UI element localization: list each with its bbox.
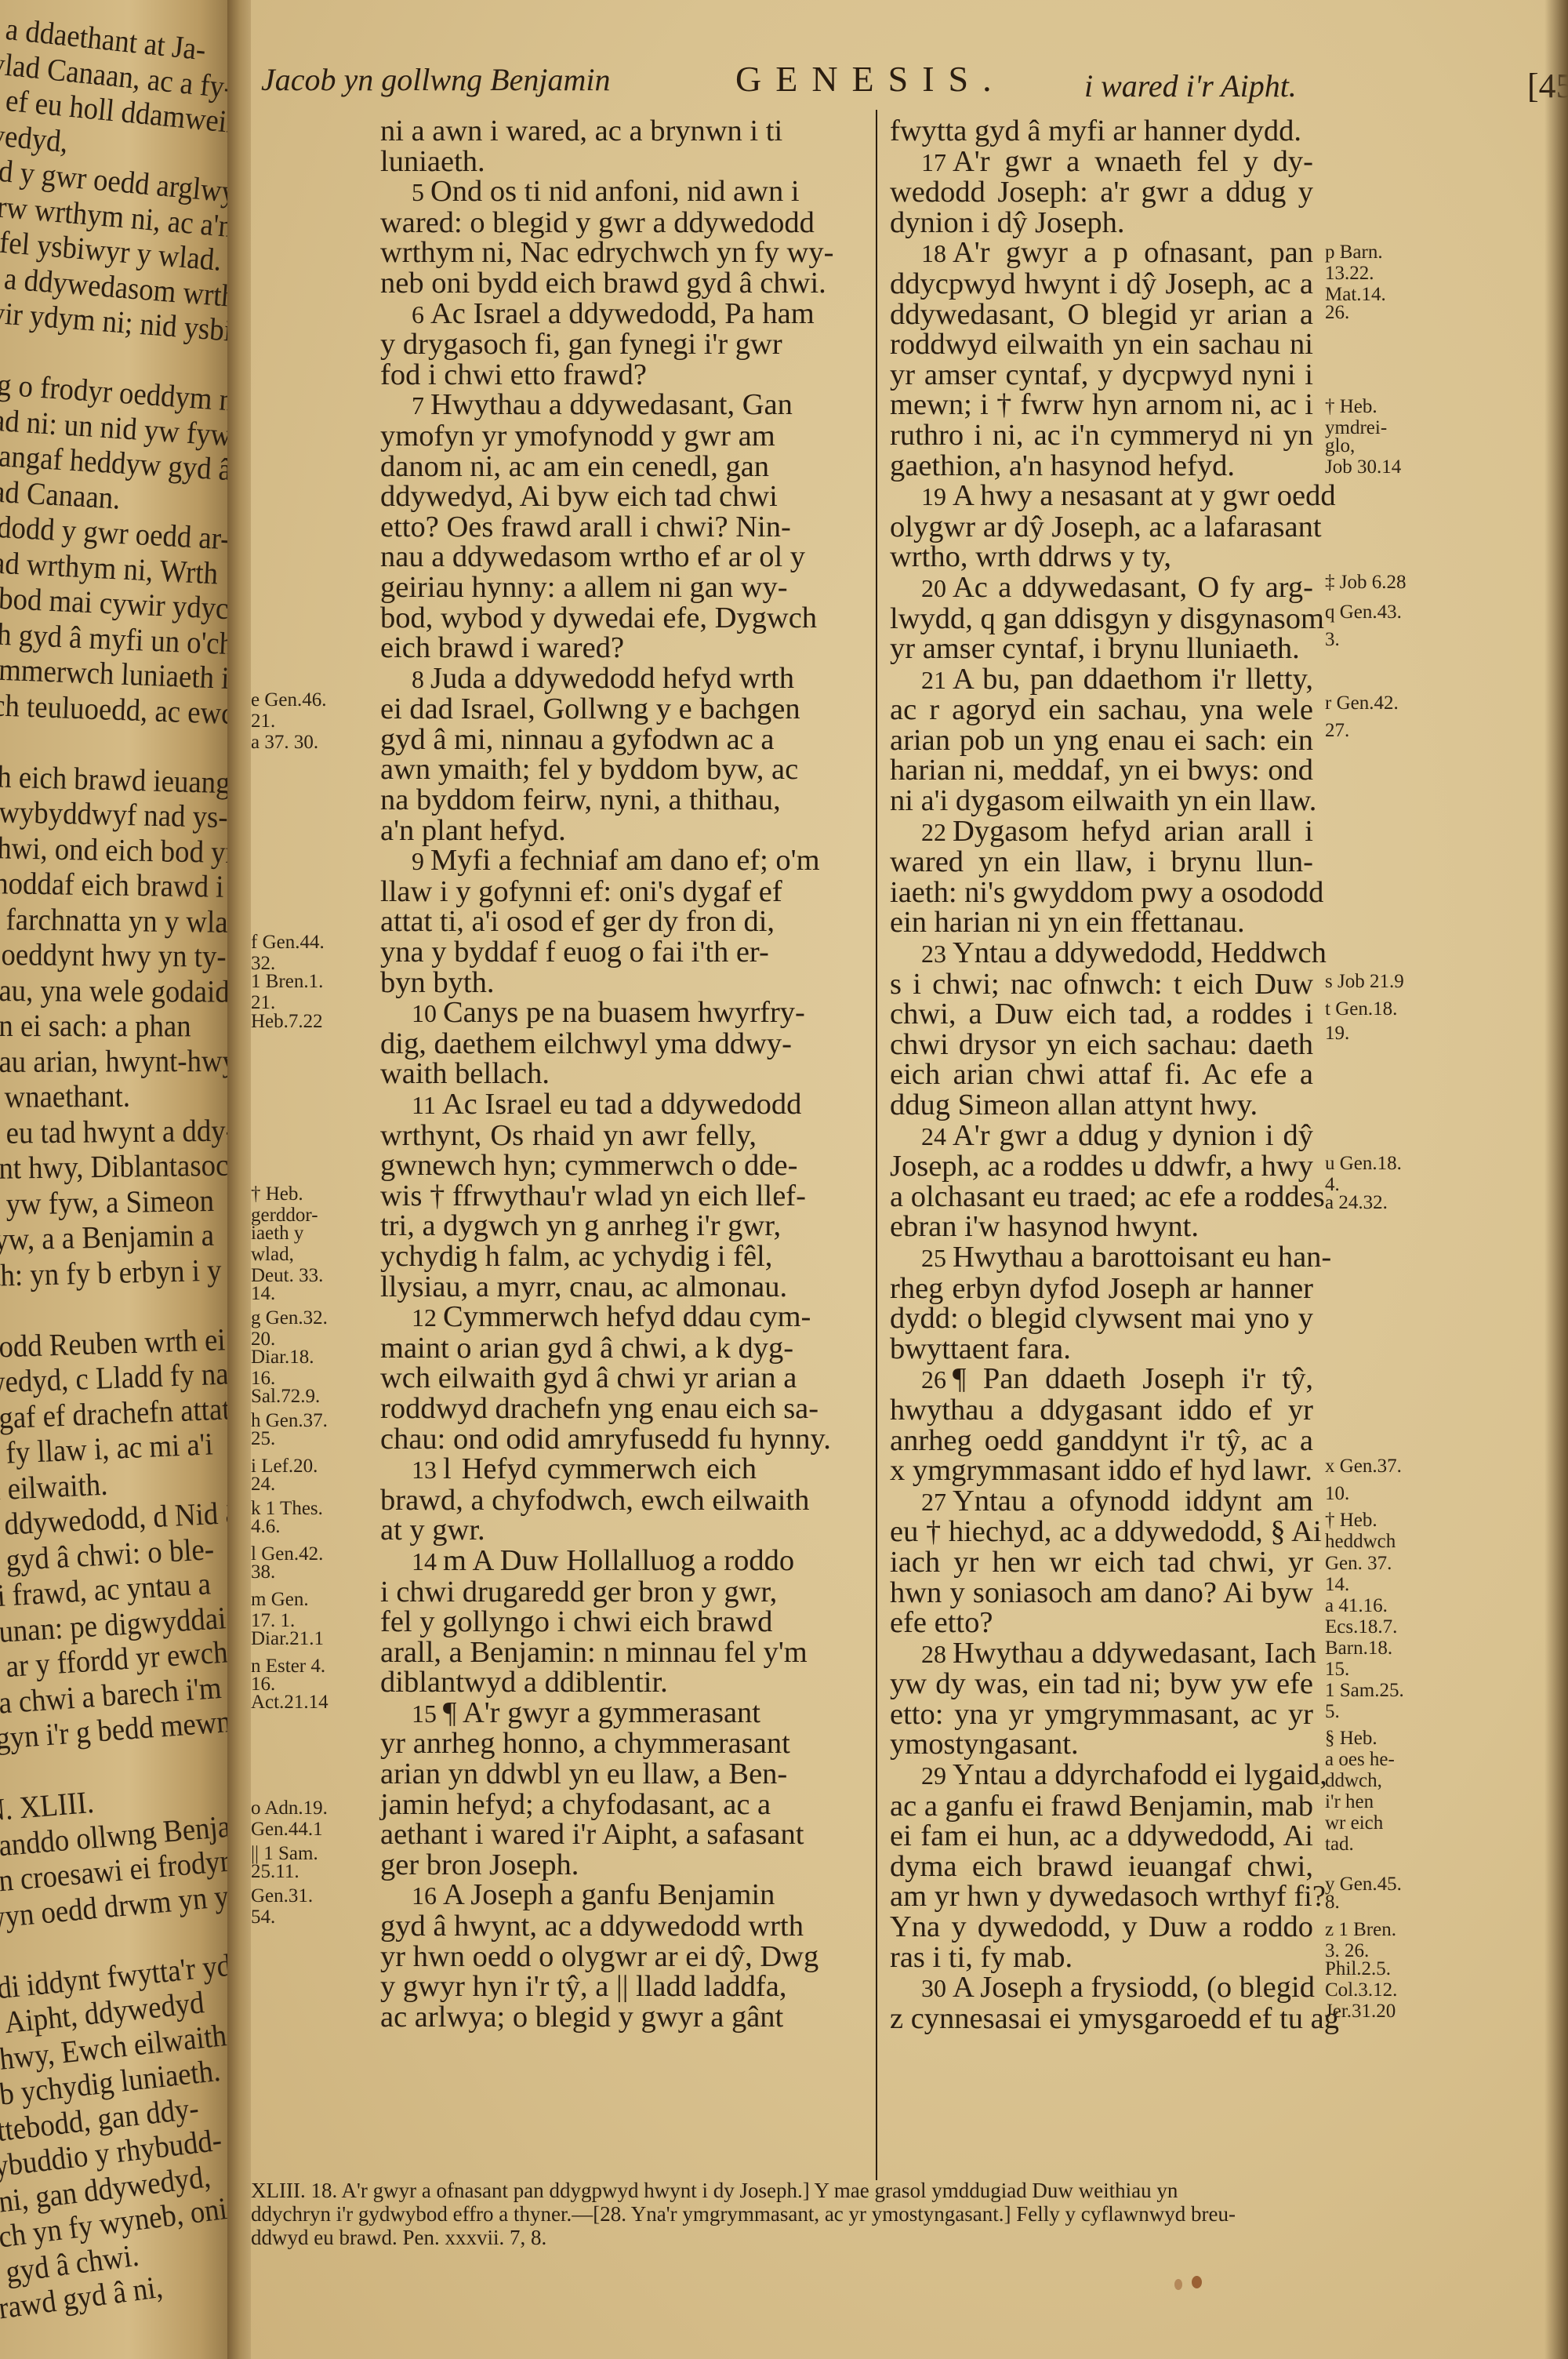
text-line: 8Juda a ddywedodd hefyd wrth bbox=[380, 663, 757, 695]
verse-number: 19 bbox=[921, 482, 953, 511]
cross-reference: o Adn.19. bbox=[251, 1799, 328, 1818]
text-line: luniaeth. bbox=[380, 147, 757, 177]
text-line: wedodd Joseph: a'r gwr a ddug y bbox=[890, 177, 1313, 208]
text-line: iaeth: ni's gwyddom pwy a osododd bbox=[890, 878, 1313, 908]
text-line: maint o arian gyd â chwi, a k dyg- bbox=[380, 1333, 757, 1364]
text-line: yr amser cyntaf, i brynu lluniaeth. bbox=[890, 634, 1313, 664]
cross-reference: 21. bbox=[251, 994, 275, 1012]
text-line: 28Hwythau a ddywedasant, Iach bbox=[890, 1638, 1313, 1670]
text-line: 27Yntau a ofynodd iddynt am bbox=[890, 1486, 1313, 1518]
text-line: anrheg oedd ganddynt i'r tŷ, ac a bbox=[890, 1426, 1313, 1456]
text-line: 29Yntau a ddyrchafodd ei lygaid, bbox=[890, 1760, 1313, 1791]
verse-number: 21 bbox=[921, 666, 953, 694]
cross-reference: u Gen.18. bbox=[1325, 1154, 1402, 1173]
text-line: at y gwr. bbox=[380, 1515, 757, 1546]
verse-number: 13 bbox=[412, 1456, 443, 1484]
text-line: geiriau hynny: a allem ni gan wy- bbox=[380, 572, 757, 603]
text-line: ymofyn yr ymofynodd y gwr am bbox=[380, 421, 757, 452]
column-divider bbox=[876, 110, 877, 2180]
cross-reference: Diar.18. bbox=[251, 1348, 314, 1367]
cross-reference: 27. bbox=[1325, 722, 1349, 740]
text-line: ei fam ei hun, ac a ddywedodd, Ai bbox=[890, 1821, 1313, 1852]
cross-reference: 21. bbox=[251, 712, 275, 731]
cross-reference: a oes he- bbox=[1325, 1750, 1395, 1769]
cross-reference: glo, bbox=[1325, 437, 1355, 456]
verse-number: 22 bbox=[921, 818, 953, 846]
cross-reference: 14. bbox=[1325, 1576, 1349, 1594]
text-column-left: ni a awn i wared, ac a brynwn i tiluniae… bbox=[380, 116, 757, 2032]
text-line: rheg erbyn dyfod Joseph ar hanner bbox=[890, 1274, 1313, 1304]
text-line: gyd â hwynt, ac a ddywedodd wrth bbox=[380, 1911, 757, 1942]
cross-reference: q Gen.43. bbox=[1325, 603, 1402, 622]
cross-reference: Ecs.18.7. bbox=[1325, 1618, 1397, 1637]
cross-reference: 1 Sam.25. bbox=[1325, 1681, 1404, 1700]
text-line: diblantwyd a ddiblentir. bbox=[380, 1667, 757, 1698]
cross-reference: 3. bbox=[1325, 631, 1340, 649]
cross-reference: 54. bbox=[251, 1908, 275, 1927]
text-line: s i chwi; nac ofnwch: t eich Duw bbox=[890, 969, 1313, 1000]
cross-reference: Phil.2.5. bbox=[1325, 1960, 1391, 1979]
cross-reference: p Barn. bbox=[1325, 243, 1383, 262]
text-line: ruthro i ni, ac i'n cymmeryd ni yn bbox=[890, 420, 1313, 451]
facing-page-line: a wnaethant. bbox=[0, 1078, 130, 1115]
text-line: fel y gollyngo i chwi eich brawd bbox=[380, 1607, 757, 1637]
text-line: jamin hefyd; a chyfodasant, ac a bbox=[380, 1790, 757, 1820]
text-line: 30A Joseph a frysiodd, (o blegid bbox=[890, 1972, 1313, 2004]
text-line: danom ni, ac am ein cenedl, gan bbox=[380, 452, 757, 482]
cross-reference: 10. bbox=[1325, 1485, 1349, 1503]
text-line: harian ni, meddaf, yn ei bwys: ond bbox=[890, 755, 1313, 786]
text-line: 20Ac a ddywedasant, O fy arg- bbox=[890, 572, 1313, 604]
verse-number: 18 bbox=[921, 239, 953, 267]
text-line: i chwi drugaredd ger bron y gwr, bbox=[380, 1577, 757, 1608]
cross-reference: 5. bbox=[1325, 1703, 1340, 1721]
cross-reference: t Gen.18. bbox=[1325, 1000, 1397, 1019]
text-line: 23Yntau a ddywedodd, Heddwch bbox=[890, 938, 1313, 969]
text-line: ac a ganfu ei frawd Benjamin, mab bbox=[890, 1791, 1313, 1822]
cross-reference: Job 30.14 bbox=[1325, 458, 1401, 477]
cross-reference: Gen.31. bbox=[251, 1887, 313, 1906]
text-line: 9Myfi a fechniaf am dano ef; o'm bbox=[380, 845, 757, 877]
text-line: tri, a dygwch yn g anrheg i'r gwr, bbox=[380, 1211, 757, 1241]
verse-number: 29 bbox=[921, 1761, 953, 1790]
text-line: 5Ond os ti nid anfoni, nid awn i bbox=[380, 176, 757, 208]
text-line: ddywedasant, O blegid yr arian a bbox=[890, 300, 1313, 330]
verse-number: 11 bbox=[412, 1091, 442, 1119]
text-line: chwi, a Duw eich tad, a roddes i bbox=[890, 999, 1313, 1030]
text-line: ras i ti, fy mab. bbox=[890, 1943, 1313, 1973]
cross-reference: m Gen. bbox=[251, 1590, 309, 1609]
verse-number: 14 bbox=[412, 1547, 443, 1576]
cross-reference: ‡ Job 6.28 bbox=[1325, 573, 1406, 592]
cross-reference: tad. bbox=[1325, 1835, 1354, 1854]
text-line: byn byth. bbox=[380, 968, 757, 998]
text-line: 12Cymmerwch hefyd ddau cym- bbox=[380, 1302, 757, 1333]
text-line: Joseph, ac a roddes u ddwfr, a hwy bbox=[890, 1151, 1313, 1182]
text-line: 7Hwythau a ddywedasant, Gan bbox=[380, 390, 757, 421]
text-line: 13l Hefyd cymmerwch eich bbox=[380, 1454, 757, 1485]
text-line: ei dad Israel, Gollwng y e bachgen bbox=[380, 694, 757, 725]
text-line: olygwr ar dŷ Joseph, ac a lafarasant bbox=[890, 512, 1313, 543]
cross-reference: z 1 Bren. bbox=[1325, 1921, 1396, 1939]
facing-page-line: chwi, ond eich bod yn bbox=[0, 829, 235, 871]
verse-number: 10 bbox=[412, 999, 443, 1027]
text-line: wared yn ein llaw, i brynu llun- bbox=[890, 847, 1313, 878]
text-line: 22Dygasom hefyd arian arall i bbox=[890, 816, 1313, 848]
cross-reference: 26. bbox=[1325, 304, 1349, 322]
text-line: efe etto? bbox=[890, 1608, 1313, 1638]
cross-reference: heddwch bbox=[1325, 1532, 1396, 1551]
cross-reference: 24. bbox=[251, 1475, 275, 1494]
text-line: yw dy was, ein tad ni; byw yw efe bbox=[890, 1669, 1313, 1699]
text-line: eu † hiechyd, ac a ddywedodd, § Ai bbox=[890, 1517, 1313, 1547]
cross-reference: f Gen.44. bbox=[251, 933, 325, 952]
text-line: y drygasoch fi, gan fynegi i'r gwr bbox=[380, 329, 757, 360]
facing-page-line: ith: yn fy b erbyn i y bbox=[0, 1251, 222, 1293]
verse-number: 7 bbox=[412, 391, 430, 420]
text-line: bod, wybod y dywedai efe, Dygwch bbox=[380, 603, 757, 634]
cross-reference: Gen. 37. bbox=[1325, 1554, 1392, 1573]
facing-page-line: ynt hwy, Diblantasoch bbox=[0, 1146, 235, 1187]
text-line: 17A'r gwr a wnaeth fel y dy- bbox=[890, 147, 1313, 178]
text-line: ebran i'w hasynod hwynt. bbox=[890, 1212, 1313, 1242]
text-line: 15¶ A'r gwyr a gymmerasant bbox=[380, 1698, 757, 1729]
book-title: GENESIS. bbox=[735, 58, 1006, 100]
verse-number: 5 bbox=[412, 178, 430, 206]
text-line: chwi drysor yn eich sachau: daeth bbox=[890, 1030, 1313, 1060]
text-line: arian yn ddwbl yn eu llaw, a Ben- bbox=[380, 1759, 757, 1790]
running-head: Jacob yn gollwng Benjamin GENESIS. i war… bbox=[261, 55, 1547, 102]
text-line: gwnewch hyn; cymmerwch o dde- bbox=[380, 1150, 757, 1181]
text-line: dyma eich brawd ieuangaf chwi, bbox=[890, 1852, 1313, 1882]
cross-reference: 8. bbox=[1325, 1893, 1340, 1912]
verse-number: 20 bbox=[921, 574, 953, 602]
cross-reference: iaeth y bbox=[251, 1224, 303, 1243]
cross-reference: gerddor- bbox=[251, 1206, 318, 1225]
cross-reference: 13.22. bbox=[1325, 264, 1374, 283]
cross-reference: Jer.31.20 bbox=[1325, 2002, 1396, 2021]
cross-reference: g Gen.32. bbox=[251, 1309, 328, 1328]
text-line: waith bellach. bbox=[380, 1059, 757, 1089]
text-line: 19A hwy a nesasant at y gwr oedd bbox=[890, 481, 1313, 512]
text-line: eich brawd i wared? bbox=[380, 633, 757, 663]
verse-number: 27 bbox=[921, 1488, 953, 1516]
text-line: eich arian chwi attaf fi. Ac efe a bbox=[890, 1060, 1313, 1090]
verse-number: 6 bbox=[412, 300, 430, 329]
text-line: ac arlwya; o blegid y gwyr a gânt bbox=[380, 2002, 757, 2033]
text-line: ni a awn i wared, ac a brynwn i ti bbox=[380, 116, 757, 147]
cross-reference: § Heb. bbox=[1325, 1729, 1377, 1748]
text-line: yr anrheg honno, a chymmerasant bbox=[380, 1728, 757, 1759]
text-line: 18A'r gwyr a p ofnasant, pan bbox=[890, 238, 1313, 269]
cross-reference: 25. bbox=[251, 1430, 275, 1448]
text-line: y gwyr hyn i'r tŷ, a || lladd laddfa, bbox=[380, 1972, 757, 2002]
text-line: dydd: o blegid clywsent mai yno y bbox=[890, 1303, 1313, 1334]
text-line: am yr hwn y dywedasoch wrthyf fi? bbox=[890, 1881, 1313, 1912]
cross-reference: Diar.21.1 bbox=[251, 1630, 324, 1648]
text-line: hwythau a ddygasant iddo ef yr bbox=[890, 1395, 1313, 1426]
cross-reference: 25.11. bbox=[251, 1863, 299, 1881]
verse-number: 16 bbox=[412, 1881, 443, 1910]
facing-page-line: dau arian, hwynt-hwy bbox=[0, 1041, 235, 1079]
cross-reference: r Gen.42. bbox=[1325, 694, 1399, 713]
text-line: ychydig h falm, ac ychydig i fêl, bbox=[380, 1241, 757, 1272]
ink-stain bbox=[1192, 2276, 1202, 2288]
text-line: ymostyngasant. bbox=[890, 1729, 1313, 1760]
verse-number: 24 bbox=[921, 1122, 953, 1150]
text-line: arian pob un yng enau ei sach: ein bbox=[890, 725, 1313, 756]
text-line: etto: yna yr ymgrymmasant, ac yr bbox=[890, 1699, 1313, 1730]
text-line: 10Canys pe na buasem hwyrfry- bbox=[380, 998, 757, 1029]
text-line: 26¶ Pan ddaeth Joseph i'r tŷ, bbox=[890, 1364, 1313, 1395]
cross-reference: ddwch, bbox=[1325, 1772, 1382, 1790]
text-line: 25Hwythau a barottoisant eu han- bbox=[890, 1242, 1313, 1274]
text-line: dig, daethem eilchwyl yma ddwy- bbox=[380, 1029, 757, 1060]
text-line: wrthynt, Os rhaid yn awr felly, bbox=[380, 1121, 757, 1151]
verse-number: 30 bbox=[921, 1974, 953, 2002]
text-line: ddywedyd, Ai byw eich tad chwi bbox=[380, 482, 757, 512]
text-line: a olchasant eu traed; ac efe a roddes bbox=[890, 1182, 1313, 1212]
text-line: lwydd, q gan ddisgyn y disgynasom bbox=[890, 604, 1313, 634]
text-line: dynion i dŷ Joseph. bbox=[890, 208, 1313, 238]
cross-reference: Barn.18. bbox=[1325, 1639, 1392, 1658]
cross-reference: a 24.32. bbox=[1325, 1194, 1388, 1212]
text-line: ac r agoryd ein sachau, yna wele bbox=[890, 695, 1313, 725]
text-line: 21A bu, pan ddaethom i'r lletty, bbox=[890, 664, 1313, 696]
text-line: awn ymaith; fel y byddom byw, ac bbox=[380, 754, 757, 785]
cross-reference: † Heb. bbox=[251, 1185, 303, 1204]
text-line: arall, a Benjamin: n minnau fel y'm bbox=[380, 1637, 757, 1668]
text-line: 6Ac Israel a ddywedodd, Pa ham bbox=[380, 299, 757, 330]
text-line: brawd, a chyfodwch, ewch eilwaith bbox=[380, 1485, 757, 1516]
text-line: wch eilwaith gyd â chwi yr arian a bbox=[380, 1363, 757, 1394]
verse-number: 15 bbox=[412, 1699, 443, 1728]
text-line: etto? Oes frawd arall i chwi? Nin- bbox=[380, 512, 757, 543]
text-line: fod i chwi etto frawd? bbox=[380, 360, 757, 391]
cross-reference: wr eich bbox=[1325, 1814, 1383, 1833]
text-line: x ymgrymmasant iddo ef hyd lawr. bbox=[890, 1456, 1313, 1486]
text-line: roddwyd drachefn yng enau eich sa- bbox=[380, 1394, 757, 1424]
text-line: ddycpwyd hwynt i dŷ Joseph, ac a bbox=[890, 269, 1313, 300]
cross-reference: x Gen.37. bbox=[1325, 1457, 1402, 1476]
facing-page-line: o eu tad hwynt a ddy- bbox=[0, 1111, 235, 1150]
text-line: ein harian ni yn ein ffettanau. bbox=[890, 907, 1313, 938]
text-line: ni a'i dygasom eilwaith yn ein llaw. bbox=[890, 786, 1313, 816]
running-head-right: i wared i'r Aipht. bbox=[1084, 67, 1297, 104]
text-line: roddwyd eilwaith yn ein sachau ni bbox=[890, 329, 1313, 360]
commentary-footnote: XLIII. 18. A'r gwyr a ofnasant pan ddygp… bbox=[251, 2179, 1537, 2249]
cross-reference: † Heb. bbox=[1325, 398, 1377, 416]
text-line: iach yr hen wr eich tad chwi, yr bbox=[890, 1547, 1313, 1578]
text-line: llysiau, a myrr, cnau, ac almonau. bbox=[380, 1272, 757, 1303]
text-line: na byddom feirw, nyni, a thithau, bbox=[380, 785, 757, 816]
text-line: llaw i y gofynni ef: oni's dygaf ef bbox=[380, 877, 757, 907]
cross-reference: 4.6. bbox=[251, 1518, 281, 1536]
text-line: ger bron Joseph. bbox=[380, 1850, 757, 1881]
page-edge-shadow bbox=[1544, 0, 1568, 2359]
text-line: aethant i wared i'r Aipht, a safasant bbox=[380, 1819, 757, 1850]
facing-page-line: d yw fyw, a Simeon bbox=[0, 1181, 214, 1222]
cross-reference: s Job 21.9 bbox=[1325, 972, 1404, 991]
text-line: wis † ffrwythau'r wlad yn eich llef- bbox=[380, 1181, 757, 1212]
cross-reference: i'r hen bbox=[1325, 1793, 1374, 1812]
cross-reference: 15. bbox=[1325, 1660, 1349, 1679]
text-line: ddug Simeon allan attynt hwy. bbox=[890, 1090, 1313, 1121]
facing-page-line: yn ei sach: a phan bbox=[0, 1007, 191, 1044]
text-line: 11Ac Israel eu tad a ddywedodd bbox=[380, 1089, 757, 1121]
cross-reference: e Gen.46. bbox=[251, 691, 327, 710]
verse-number: 17 bbox=[921, 148, 953, 176]
footnote-line: ddwyd eu brawd. Pen. xxxvii. 7, 8. bbox=[251, 2226, 1537, 2249]
text-line: Yna y dywedodd, y Duw a roddo bbox=[890, 1912, 1313, 1943]
cross-reference: a 37. 30. bbox=[251, 733, 318, 752]
text-line: neb oni bydd eich brawd gyd â chwi. bbox=[380, 268, 757, 299]
verse-number: 25 bbox=[921, 1244, 953, 1272]
cross-reference: 14. bbox=[251, 1285, 275, 1303]
verse-number: 8 bbox=[412, 665, 430, 693]
cross-reference: a 41.16. bbox=[1325, 1597, 1388, 1616]
footnote-line: XLIII. 18. A'r gwyr a ofnasant pan ddygp… bbox=[251, 2179, 1537, 2202]
text-line: 14m A Duw Hollalluog a roddo bbox=[380, 1546, 757, 1577]
text-line: 24A'r gwr a ddug y dynion i dŷ bbox=[890, 1121, 1313, 1152]
cross-reference: 1 Bren.1. bbox=[251, 972, 323, 991]
facing-page-line: nau, yna wele godaid bbox=[0, 972, 230, 1010]
cross-reference: Col.3.12. bbox=[1325, 1981, 1397, 2000]
facing-page-bleed: y a ddaethant at Ja-wlad Canaan, ac a fy… bbox=[0, 0, 235, 2359]
text-line: hwn y soniasoch am dano? Ai byw bbox=[890, 1578, 1313, 1608]
text-column-right: fwytta gyd â myfi ar hanner dydd.17A'r g… bbox=[890, 116, 1313, 2034]
verse-number: 26 bbox=[921, 1365, 953, 1394]
text-line: a'n plant hefyd. bbox=[380, 816, 757, 846]
cross-reference: Gen.44.1 bbox=[251, 1820, 323, 1839]
text-line: bwyttaent fara. bbox=[890, 1334, 1313, 1365]
cross-reference: 38. bbox=[251, 1563, 275, 1582]
bible-page: Jacob yn gollwng Benjamin GENESIS. i war… bbox=[251, 0, 1568, 2359]
text-line: fwytta gyd â myfi ar hanner dydd. bbox=[890, 116, 1313, 147]
running-head-left: Jacob yn gollwng Benjamin bbox=[261, 61, 610, 98]
verse-number: 23 bbox=[921, 940, 953, 968]
cross-reference: 3. 26. bbox=[1325, 1942, 1369, 1961]
text-line: yna y byddaf f euog o fai i'th er- bbox=[380, 937, 757, 968]
text-line: wrthym ni, Nac edrychwch yn fy wy- bbox=[380, 238, 757, 268]
facing-page-line: h farchnatta yn y wlad. bbox=[0, 900, 235, 940]
verse-number: 28 bbox=[921, 1640, 953, 1668]
verse-number: 9 bbox=[412, 847, 430, 875]
text-line: chau: ond odid amryfusedd fu hynny. bbox=[380, 1424, 757, 1455]
cross-reference: Heb.7.22 bbox=[251, 1012, 323, 1031]
text-line: z cynnesasai ei ymysgaroedd ef tu ag bbox=[890, 2004, 1313, 2034]
text-line: nau a ddywedasom wrtho ef ar ol y bbox=[380, 542, 757, 572]
facing-page-line: r oeddynt hwy yn ty- bbox=[0, 936, 227, 975]
cross-reference: † Heb. bbox=[1325, 1511, 1377, 1530]
text-line: yr hwn oedd o olygwr ar ei dŷ, Dwg bbox=[380, 1942, 757, 1972]
text-line: wrtho, wrth ddrws y ty, bbox=[890, 542, 1313, 572]
facing-page-line: rhoddaf eich brawd i bbox=[0, 864, 224, 905]
text-line: 16A Joseph a ganfu Benjamin bbox=[380, 1880, 757, 1911]
ink-stain bbox=[1174, 2279, 1182, 2290]
cross-reference: Sal.72.9. bbox=[251, 1387, 320, 1406]
text-line: mewn; i † fwrw hyn arnom ni, ac i bbox=[890, 390, 1313, 420]
cross-reference: Act.21.14 bbox=[251, 1693, 328, 1712]
text-line: wared: o blegid y gwr a ddywedodd bbox=[380, 208, 757, 238]
text-line: attat ti, a'i osod ef ger dy fron di, bbox=[380, 907, 757, 937]
cross-reference: 19. bbox=[1325, 1024, 1349, 1043]
text-line: gaethion, a'n hasynod hefyd. bbox=[890, 451, 1313, 482]
text-line: yr amser cyntaf, y dycpwyd nyni i bbox=[890, 360, 1313, 391]
text-line: gyd â mi, ninnau a gyfodwn ac a bbox=[380, 725, 757, 755]
footnote-line: ddychryn i'r gydwybod effro a thyner.—[2… bbox=[251, 2202, 1537, 2226]
cross-reference: wlad, bbox=[251, 1245, 294, 1264]
verse-number: 12 bbox=[412, 1303, 443, 1332]
facing-page-line: gwybyddwyf nad ys- bbox=[0, 793, 228, 835]
